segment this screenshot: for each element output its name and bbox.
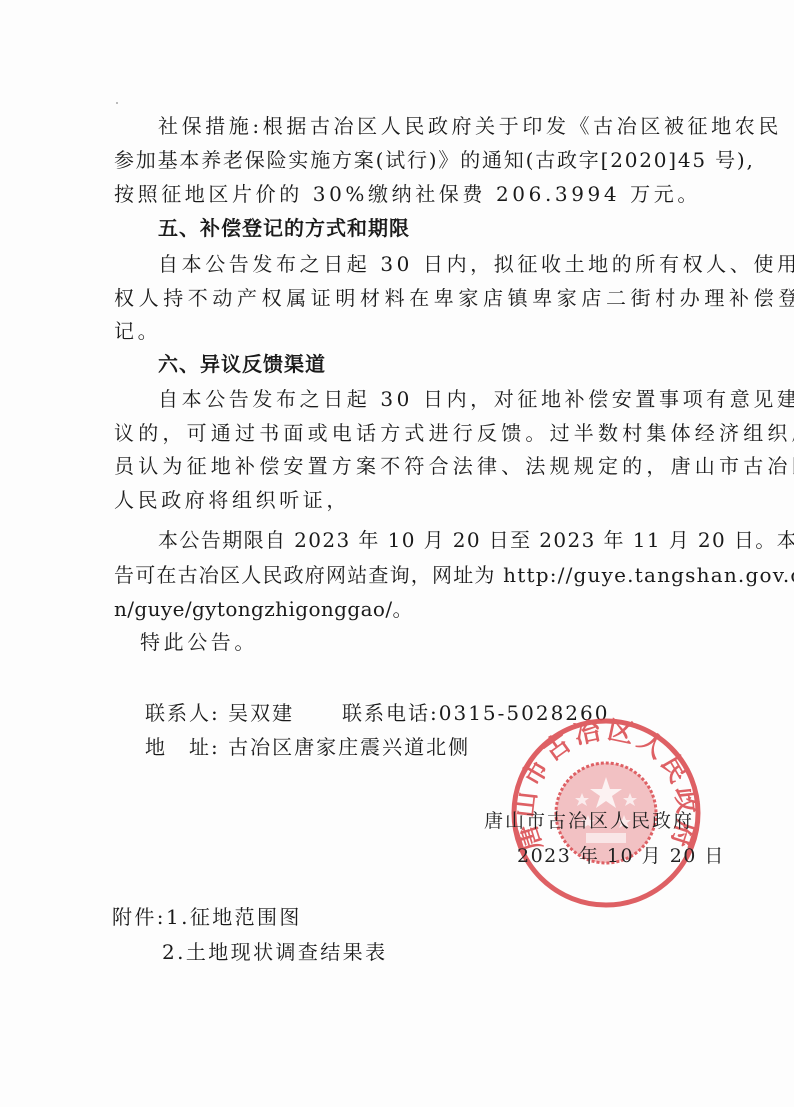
- contact-address-row: 地 址: 古冶区唐家庄震兴道北侧: [145, 735, 470, 759]
- attachments-label: 附件:: [112, 905, 166, 929]
- paragraph-line: 自本公告发布之日起 30 日内，对征地补偿安置事项有意见建: [158, 387, 794, 411]
- attachments-row-1: 附件:1.征地范围图: [112, 905, 302, 929]
- paragraph-line: 记。: [114, 319, 161, 343]
- contact-person-row: 联系人: 吴双建: [145, 701, 294, 725]
- section-heading-registration: 五、补偿登记的方式和期限: [158, 216, 410, 240]
- paragraph-line: 本公告期限自 2023 年 10 月 20 日至 2023 年 11 月 20 …: [158, 528, 794, 552]
- paragraph-line: n/guye/gytongzhigonggao/。: [114, 597, 413, 621]
- closing-text: 特此公告。: [140, 630, 258, 654]
- section-heading-feedback: 六、异议反馈渠道: [158, 352, 326, 376]
- paragraph-line: 按照征地区片价的 30%缴纳社保费 206.3994 万元。: [114, 182, 701, 206]
- paragraph-line: 参加基本养老保险实施方案(试行)》的通知(古政字[2020]45 号),: [114, 148, 755, 172]
- scan-speck: [116, 102, 118, 104]
- attachment-item: 2.土地现状调查结果表: [162, 940, 387, 964]
- paragraph-line: 社保措施:根据古冶区人民政府关于印发《古冶区被征地农民: [158, 114, 782, 138]
- paragraph-line: 告可在古冶区人民政府网站查询，网址为 http://guye.tangshan.…: [114, 563, 794, 587]
- attachment-item: 1.征地范围图: [166, 905, 302, 929]
- paragraph-line: 议的，可通过书面或电话方式进行反馈。过半数村集体经济组织成: [114, 421, 794, 445]
- contact-address-label: 地 址:: [145, 735, 220, 759]
- contact-person-name: 吴双建: [228, 701, 294, 725]
- contact-phone-label: 联系电话:: [342, 701, 439, 725]
- paragraph-line: 人民政府将组织听证，: [114, 488, 350, 512]
- contact-address: 古冶区唐家庄震兴道北侧: [228, 735, 470, 759]
- signature-org: 唐山市古冶区人民政府: [484, 806, 694, 833]
- contact-person-label: 联系人:: [145, 701, 220, 725]
- paragraph-line: 员认为征地补偿安置方案不符合法律、法规规定的，唐山市古冶区: [114, 454, 794, 478]
- signature-date: 2023 年 10 月 20 日: [517, 841, 725, 868]
- paragraph-line: 权人持不动产权属证明材料在卑家店镇卑家店二街村办理补偿登: [114, 286, 794, 310]
- paragraph-line: 自本公告发布之日起 30 日内，拟征收土地的所有权人、使用: [158, 252, 794, 276]
